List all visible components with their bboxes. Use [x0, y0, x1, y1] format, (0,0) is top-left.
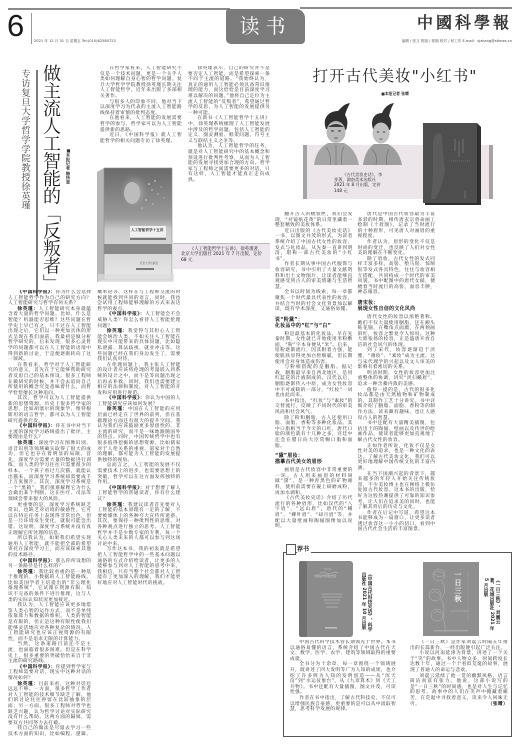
- qa-text: 在我看来，哲学对于人工智能研究的意义，首先在于它能够帮助研究者反思自己的基本预设…: [8, 363, 91, 396]
- qa-speaker: 《中国科学报》：: [107, 312, 145, 317]
- makeup-book-caption: 《古代美妆史话》，李芽著，湖南美术出版社 2021 年 8 月出版，定价 148…: [334, 172, 386, 193]
- article-paragraph: 《古代美妆史话》介绍了历代流行的各种眉形，比如汉代的“八字眉”、“远山眉”，唐代…: [275, 496, 353, 530]
- article-paragraph: 画眉是古代妆容中非常重要的一环。古人用来画眉的材料叫做“黛”，是一种青黑色的矿物…: [275, 468, 353, 496]
- page-number: 6: [7, 9, 24, 43]
- intro-paragraph: 近日，《中国科学报》就人工智能哲学的相关问题专访了徐英瑾。: [100, 133, 182, 144]
- recommend-label: 荐书: [297, 546, 311, 553]
- subheading: 说“粉黛”：化妆品中的“红”与“白”: [275, 317, 353, 329]
- article-paragraph: 与粉相搭配的是胭脂。据记载，胭脂最早来自西北地区，是用红蓝花的汁液制成的。汉代以…: [275, 365, 353, 399]
- qa-paragraph: 在我看来，哲学对于人工智能研究的意义，首先在于它能够帮助研究者反思自己的基本预设…: [8, 363, 91, 397]
- qa-text: 在伦理问题上，我主张人工智能的设计者应该将伦理的考量嵌入到系统的设计之中，而不是…: [97, 363, 180, 396]
- qa-speaker: 《中国科学报》：: [17, 559, 55, 564]
- article-paragraph: 作者认为，眉形的变化不仅是时尚的变迁，也反映了人们对女性美的理解在不断变化。: [358, 240, 436, 257]
- masthead-logo: 中國科學報: [417, 10, 512, 33]
- qa-text: 总而言之，人工智能的发展不仅需要技术上的进步，也需要思想上的突破。哲学可以在这方…: [97, 463, 180, 485]
- section-tab: 读书: [226, 9, 305, 44]
- qa-paragraph: 《中国科学报》：对于想要了解人工智能哲学的普通读者，你有什么建议？: [97, 486, 180, 503]
- qa-speaker: 《中国科学报》：: [17, 290, 55, 295]
- signature: （张晴）: [478, 702, 508, 708]
- intro-paragraph: 在新书《人工智能哲学十五讲》中，徐英瑾系统梳理了人工智能发展中涉及的哲学问题，包…: [188, 116, 270, 144]
- qa-paragraph: 写作这本书，我的初衷就是希望把人工智能哲学中的一些基本问题以通俗的方式介绍给读者…: [97, 547, 180, 586]
- qa-paragraph: 更重要的是，深度学习系统缺乏常识，也缺乏对语境的敏感性。它可以在特定任务上表现得…: [8, 503, 91, 537]
- intro-paragraph: 与很多人的印象不同，他对当下以深度学习为代表的主流人工智能路线保持着审慎的批判态…: [100, 100, 182, 117]
- recommend-square-icon: [286, 544, 296, 555]
- recommend-book-1-cover: [298, 560, 354, 638]
- left-intro-col-2: 徐英瑾表示，自己的研究并不是要否定人工智能，而是希望探索一条不同于主流的道路。“…: [188, 66, 270, 242]
- qa-text: 深度学习在图像识别、语音识别等领域确实取得了很大的成功，但它也存在着明显的局限。…: [8, 441, 91, 502]
- left-article-body: 《中国科学报》：你为什么会选择人工智能哲学作为自己的研究方向？人工智能研究与哲学…: [8, 290, 270, 740]
- qa-speaker: 徐英瑾：: [107, 503, 128, 508]
- qa-paragraph: 在伦理问题上，我主张人工智能的设计者应该将伦理的考量嵌入到系统的设计之中，而不是…: [97, 363, 180, 397]
- article-paragraph: 作者长期从事中国古代服饰与妆容研究，书中引用了大量文献资料和出土文物图片，让读者…: [275, 262, 353, 290]
- right-article-title: 打开古代美妆"小红书": [272, 66, 518, 86]
- qa-text: 人工智能研究本身就蕴含着大量的哲学问题。比如，什么是智能？机器能否思维？这些问题…: [8, 307, 91, 362]
- book-cover-illustration: [94, 166, 176, 284]
- qa-text: 所以我认为，如果我们希望实现通用人工智能，就不能把全部的希望寄托在深度学习上，而…: [8, 536, 91, 558]
- left-article-title: 做主流人工智能的「反叛者」: [40, 64, 60, 292]
- qa-text: 我觉得与其担心人工智能会统治人类，不如关注人工智能在现实中可能带来的具体问题，比…: [97, 329, 180, 362]
- recommend-book-2-cover: [422, 561, 480, 637]
- qa-speaker: 徐英瑾：: [17, 441, 38, 446]
- recommend-paragraph: 小说以河南延津为背景，讲述了一个关于“笑”的故事。书中人物众多，时间跨度长达数十…: [410, 651, 508, 673]
- staff-line: 编辑 / 张文 排版 / 郭刚 校对 / 何工作 E-mail：sjzhang@…: [402, 39, 512, 43]
- photo-band-bar-right: [489, 145, 493, 199]
- right-article-body: 翻开古人的梳妆匣，我们会发现，“对镜贴花黄”的日常里藏着一整套精致的美妆体系。 …: [275, 212, 518, 536]
- recommend-book-1-caption: 《中国古代科技史话》，科学出版社 2021 年 10 月出版: [360, 572, 372, 634]
- qa-speaker: 《中国科学报》：: [107, 396, 145, 401]
- header-divider: [31, 13, 32, 44]
- left-article-subtitle: 专访复旦大学哲学学院教授徐英瑾: [19, 69, 29, 210]
- makeup-book-cover: [421, 121, 483, 207]
- qa-paragraph: 徐英瑾：我比较看重的是一种基于推理的、小数据的人工智能路线。比如美国学者王培提出…: [8, 570, 91, 604]
- book-cover-image: 人工智能哲学十五讲 北京大学出版社: [94, 166, 176, 284]
- qa-paragraph: 《中国科学报》：人工智能会不会威胁人类？你怎么看待人工智能伦理问题？: [97, 312, 180, 329]
- qa-paragraph: 总而言之，人工智能的发展不仅需要技术上的进步，也需要思想上的突破。哲学可以在这方…: [97, 463, 180, 485]
- article-paragraph: 书中还配有大量精美插图，包括出土的陶俑、壁画以及传世的绘画作品，使读者能够更加直…: [358, 421, 436, 443]
- article-paragraph: 唐代是中国古代妆容最为丰富多彩的时期。相传唐玄宗曾命画工绘制《十眉图》，记录了当…: [358, 212, 436, 240]
- article-paragraph: 书中指出，“红妆”与“素妆”的交替流行，反映了不同时代的审美风尚和社会风气。: [275, 399, 353, 416]
- subheading-line-2: 展现女性自信的文化风尚: [358, 306, 416, 312]
- figurine-photo-2: [360, 103, 404, 165]
- right-article-byline: ■本报记者 张晴: [272, 92, 518, 96]
- recommend-book-2-cover-title: 一日三秋: [454, 571, 462, 603]
- qa-text: 目前来看，这种对话还远远不够。一方面，很多哲学工作者对人工智能的技术细节缺乏了解…: [8, 682, 91, 726]
- qa-text: 我比较看重的是一种基于推理的、小数据的人工智能路线。比如美国学者王培提出的“非公…: [8, 570, 91, 603]
- recommend-book-1-text: 中国古代科学技术曾长期领先于世界。本书以通俗易懂的语言，系统介绍了中国古代在天文…: [290, 640, 396, 732]
- article-paragraph: 近日出版的《古代美妆史话》一书，以图文并茂的形式，为读者系统介绍了中国古代女性的…: [275, 229, 353, 263]
- book-caption: 《人工智能哲学十五讲》，徐英瑾著，北京大学出版社 2021 年 7 月出版，定价…: [181, 247, 266, 263]
- qa-paragraph: 徐英瑾：中国在人工智能的应用层面已经走在了世界的前列，但在基础理论方面还有很大的…: [97, 407, 180, 463]
- recommend-book-1-cover-title: 中国古代科技史话: [314, 575, 354, 578]
- article-paragraph: 正如作者所说，化妆不仅是女性对美的追求，也是一种文化的表达。了解古代美妆文化，我…: [358, 444, 436, 472]
- article-paragraph: 唐代女性的妆容以浓艳著称。她们不仅大量使用胭脂，还在额头贴花钿，在嘴角点面靥，在…: [358, 315, 436, 349]
- qa-text: 写作这本书，我的初衷就是希望把人工智能哲学中的一些基本问题以通俗的方式介绍给读者…: [97, 547, 180, 586]
- qa-paragraph: 徐英瑾：目前来看，这种对话还远远不够。一方面，很多哲学工作者对人工智能的技术细节…: [8, 682, 91, 727]
- qa-paragraph: 其次，哲学可以为人工智能提供新的思想资源。历史上很多哲学家的思想，比如胡塞尔的现…: [8, 396, 91, 424]
- subheading-line-2: 描摹古代美女的眉形: [275, 459, 322, 465]
- qa-speaker: 徐英瑾：: [107, 407, 128, 412]
- qa-speaker: 《中国科学报》：: [17, 424, 55, 429]
- qa-speaker: 徐英瑾：: [107, 329, 128, 334]
- qa-text: 当然，这条道路目前还不是主流，也面临着很多困难。但是在科学史上，很多重要的突破恰…: [8, 642, 91, 664]
- intro-paragraph: 在哲学家看来，人工智能研究不仅是一个技术问题，更是一个关乎人类如何理解自身心智的…: [100, 66, 182, 100]
- qa-paragraph: 当然，这条道路目前还不是主流，也面临着很多困难。但是在科学史上，很多重要的突破恰…: [8, 642, 91, 664]
- headline-rule: [36, 70, 38, 296]
- article-paragraph: 到了宋代，妆容逐渐趋于淡雅，“薄妆”、“素妆”成为主流。这与宋代理学的兴起以及文…: [358, 348, 436, 370]
- qa-speaker: 徐英瑾：: [17, 682, 38, 687]
- book-cover-publisher: 北京大学出版社: [134, 262, 164, 265]
- qa-text: 我认为，人工智能应该更多地借鉴人类心智的运作方式，而不是单纯依靠算力和数据的堆积…: [8, 603, 91, 642]
- article-paragraph: 值得一提的是，古代的很多化妆品都是由天然植物和矿物制成的，其制作工艺十分讲究。书…: [358, 388, 436, 422]
- article-paragraph: 明清时期，女性的妆容更加注重整体的协调，讲究“淡扫蛾眉”，追求一种含蓄内敛的美感…: [358, 371, 436, 388]
- recommend-paragraph: 刘震云延续了他一贯的幽默风格，语言简洁而富有张力。他说，这部小说写的是“一日三秋…: [410, 674, 508, 708]
- article-paragraph: 翻开古人的梳妆匣，我们会发现，“对镜贴花黄”的日常里藏着一整套精致的美妆体系。: [275, 212, 353, 229]
- qa-text: 更重要的是，深度学习系统缺乏常识，也缺乏对语境的敏感性。它可以在特定任务上表现得…: [8, 503, 91, 536]
- intro-paragraph: 在他看来，人工智能的发展需要哲学的参与，哲学家可以为人工智能提供新的思路。: [100, 116, 182, 133]
- qa-text: 中国在人工智能的应用层面已经走在了世界的前列，但在基础理论方面还有很大的提升空间…: [97, 407, 180, 462]
- date-line: 2021 年 12 月 31 日 星期五 Tel:(010)62580723: [34, 39, 116, 43]
- qa-paragraph: 《中国科学报》：你认为中国的人工智能研究应该如何发展？: [97, 396, 180, 407]
- qa-speaker: 徐英瑾：: [17, 570, 38, 575]
- subheading-line-2: 化妆品中的“红”与“白”: [275, 323, 331, 329]
- subheading: 唐宋妆：展现女性自信的文化风尚: [358, 300, 436, 312]
- article-paragraph: 除了粉和胭脂，古人还使用口脂、面脂、香粉等多种化妆品。其中口脂相当于今天的口红，…: [275, 416, 353, 450]
- qa-text: 其次，哲学可以为人工智能提供新的思想资源。历史上很多哲学家的思想，比如胡塞尔的现…: [8, 396, 91, 423]
- qa-paragraph: 徐英瑾：深度学习在图像识别、语音识别等领域确实取得了很大的成功，但它也存在着明显…: [8, 441, 91, 503]
- photo-band-bar-left: [303, 145, 307, 199]
- qa-paragraph: 徐英瑾：人工智能研究本身就蕴含着大量的哲学问题。比如，什么是智能？机器能否思维？…: [8, 307, 91, 363]
- intro-paragraph: 徐英瑾表示，自己的研究并不是要否定人工智能，而是希望探索一条不同于主流的道路。“…: [188, 66, 270, 116]
- qa-paragraph: 《中国科学报》：你在书中对当下主流的深度学习路线提出了批评，主要理由是什么？: [8, 424, 91, 441]
- recommend-book-2-text: 《一日三秋》是作家刘震云时隔五年推出的长篇新作，一经出版便引起广泛关注。 小说以…: [410, 640, 508, 732]
- qa-paragraph: 徐英瑾：我觉得与其担心人工智能会统治人类，不如关注人工智能在现实中可能带来的具体…: [97, 329, 180, 363]
- recommend-paragraph: 作者在书中指出，了解古代科技史，不仅可以增强民族自豪感，更重要的是可以从中汲取智…: [290, 696, 396, 713]
- article-paragraph: 作者在后记中写道，希望这本书能够成为一扇窗口，让更多读者透过妆容这一小小的切口，…: [358, 511, 436, 533]
- qa-paragraph: 《中国科学报》：你为什么会选择人工智能哲学作为自己的研究方向？人工智能研究与哲学…: [8, 290, 91, 307]
- qa-paragraph: 我认为，人工智能应该更多地借鉴人类心智的运作方式，而不是单纯依靠算力和数据的堆积…: [8, 603, 91, 642]
- left-intro-col-1: 在哲学家看来，人工智能研究不仅是一个技术问题，更是一个关乎人类如何理解自身心智的…: [100, 66, 182, 166]
- book-cover-title: 人工智能哲学十五讲: [131, 228, 167, 232]
- qa-paragraph: 所以我认为，如果我们希望实现通用人工智能，就不能把全部的希望寄托在深度学习上，而…: [8, 536, 91, 558]
- article-paragraph: 在当下国潮兴起的背景下，越来越多的年轻人开始关注传统妆容，不少美妆博主也在网络上…: [358, 472, 436, 511]
- header-rule-left: [8, 8, 230, 10]
- qa-paragraph: 徐英瑾：我建议读者首先要对人工智能的基本原理有一定的了解，不要被媒体上的各种夸大…: [97, 503, 180, 548]
- intro-paragraph: 他认为，人工智能哲学的任务，就是对人工智能研究中的基本概念和预设进行批判性考察，…: [188, 144, 270, 183]
- recommend-paragraph: 中国古代科学技术曾长期领先于世界。本书以通俗易懂的语言，系统介绍了中国古代在天文…: [290, 640, 396, 662]
- recommend-paragraph: 《一日三秋》是作家刘震云时隔五年推出的长篇新作，一经出版便引起广泛关注。: [410, 640, 508, 651]
- article-paragraph: 除了眉妆，古代女性的发式同样丰富多样。高髻、堕马髻、惊鹄髻等发式各具特色，往往与…: [358, 257, 436, 296]
- article-paragraph: 粉是最基本的化妆品。早在先秦时期，女性就已开始使用米粉敷面，“粉”字本身便从“米…: [275, 332, 353, 366]
- left-article-byline: ■本报记者 韩扬眉: [66, 148, 71, 184]
- recommend-book-2-caption: 《一日三秋》，刘震云著，花城出版社 2021 年 5 月出版: [482, 578, 500, 632]
- qa-paragraph: 《中国科学报》：那么你所设想的另一条路径是什么样的？: [8, 559, 91, 570]
- qa-text: 我建议读者首先要对人工智能的基本原理有一定的了解，不要被媒体上的各种夸大宣传所迷…: [97, 503, 180, 547]
- qa-paragraph: 《中国科学报》：你提到哲学家与工程师需要对话，现实中这种对话的情况如何？: [8, 665, 91, 682]
- figurine-photo-1: [312, 103, 360, 165]
- book-caption-box: 《人工智能哲学十五讲》，徐英瑾著，北京大学出版社 2021 年 7 月出版，定价…: [173, 243, 270, 269]
- recommend-paragraph: 全书分为十余章，每一章围绕一个领域展开，既讲述了四大发明等广为人知的成果，也介绍…: [290, 662, 396, 696]
- header-rule-right: [300, 7, 512, 9]
- article-paragraph: 全书以时间为线索，每一章都聚焦一个时代最具代表性的妆容，并结合当时的社会文化背景…: [275, 290, 353, 312]
- subheading: “黛”眉妆：描摹古代美女的眉形: [275, 453, 353, 465]
